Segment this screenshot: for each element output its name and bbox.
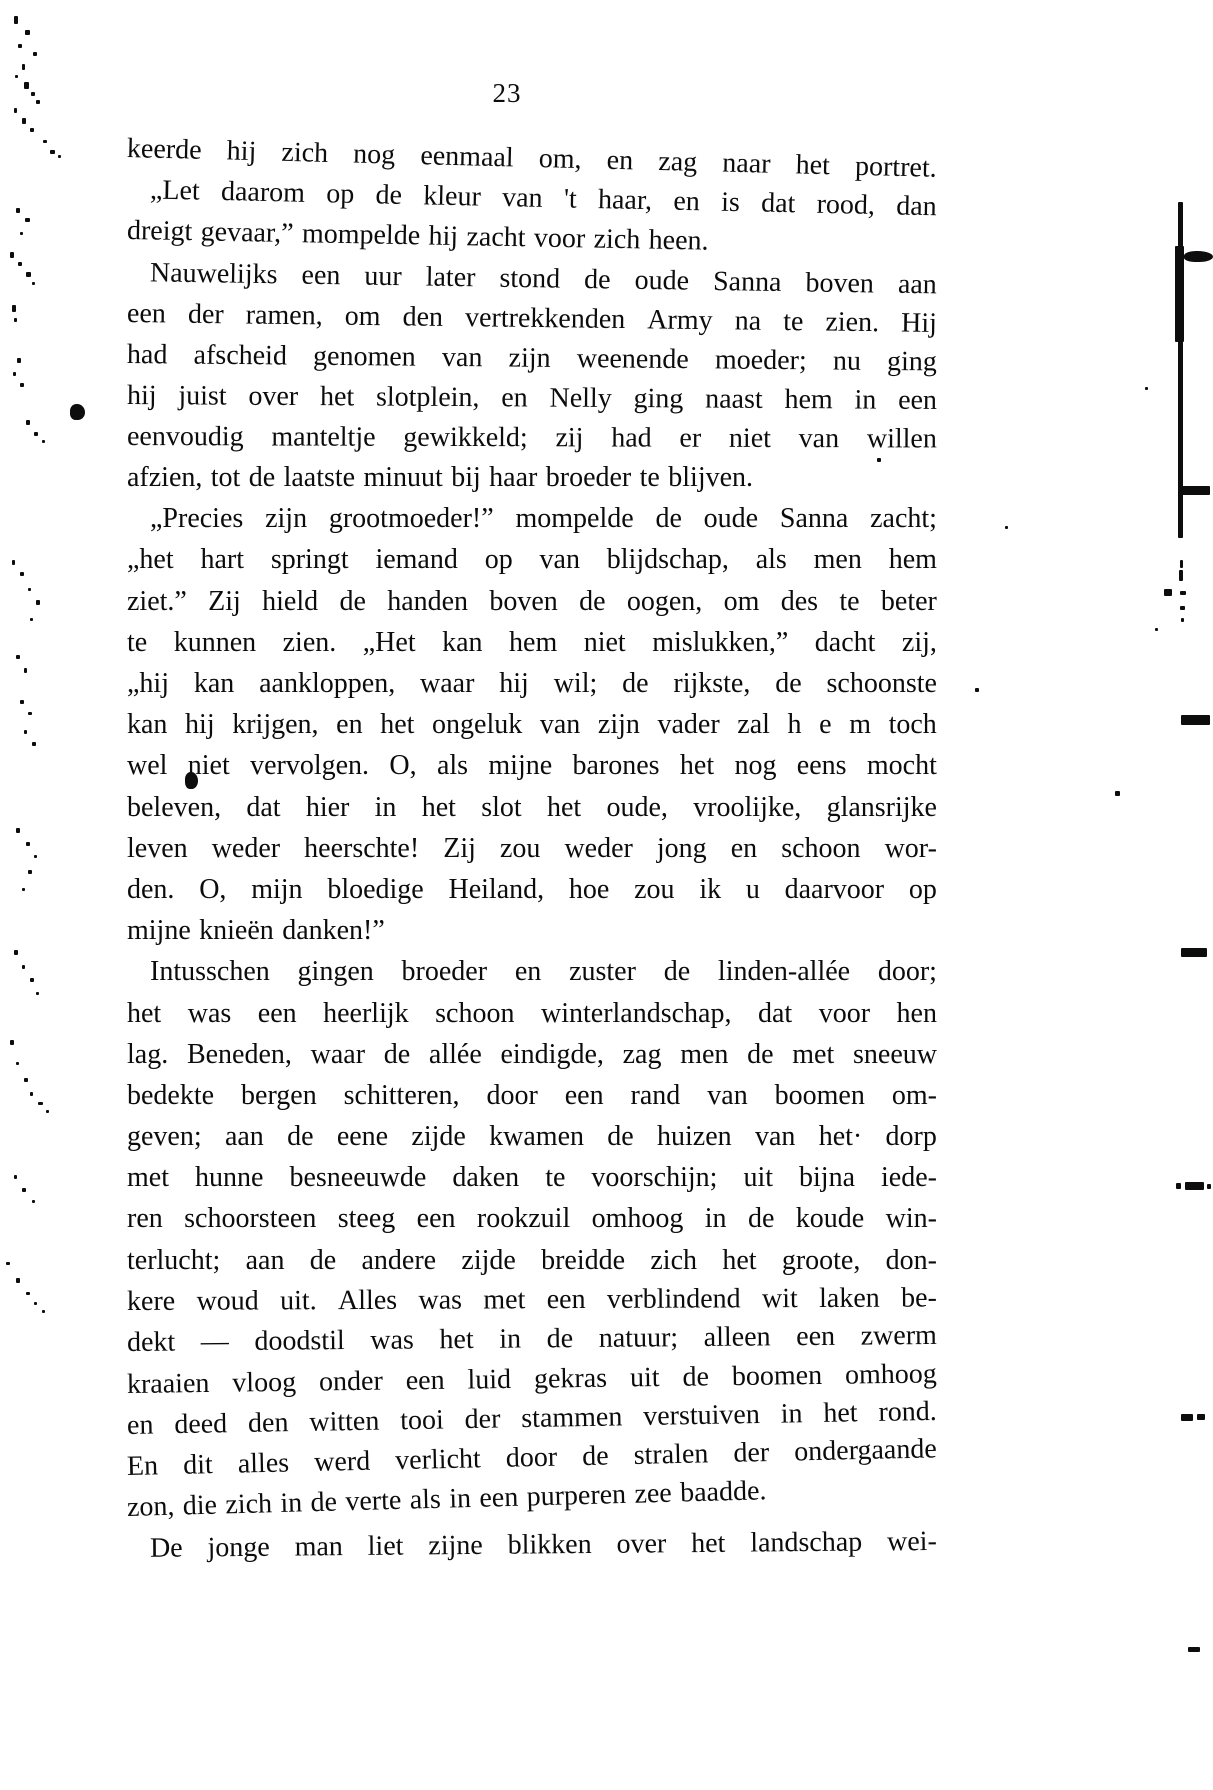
- word: u: [746, 874, 760, 906]
- text-line: beleven,dathierinhetslothetoude,vroolijk…: [127, 787, 937, 828]
- word: in: [375, 792, 397, 824]
- ink-mark: [24, 82, 29, 89]
- word: jonge: [207, 1532, 269, 1565]
- word: winterlandschap,: [541, 998, 732, 1030]
- word: kan: [127, 709, 167, 741]
- ink-mark: [25, 30, 30, 35]
- text-line: methunnebesneeuwdedakentevoorschijn;uitb…: [127, 1158, 937, 1199]
- word: het: [439, 1324, 473, 1356]
- ink-mark: [70, 404, 85, 420]
- word: natuur;: [599, 1322, 679, 1355]
- word: knieën: [199, 915, 274, 947]
- word: schoorsteen: [184, 1203, 316, 1235]
- ink-mark: [16, 208, 20, 213]
- text-line: renschoorsteensteegeenrookzuilomhooginde…: [127, 1199, 937, 1240]
- word: springt: [271, 544, 349, 576]
- word: van: [540, 544, 580, 576]
- word: verlicht: [395, 1443, 481, 1477]
- text-line: tekunnenzien.„Hetkanhemnietmislukken,”da…: [127, 622, 937, 663]
- word: in: [280, 1487, 303, 1520]
- word: tot: [211, 462, 241, 494]
- word: aan: [225, 1121, 264, 1153]
- ink-mark: [24, 668, 27, 673]
- word: zijde: [411, 1121, 465, 1153]
- word: schitteren,: [344, 1080, 460, 1112]
- ink-mark: [10, 252, 14, 258]
- word: hunne: [195, 1162, 263, 1194]
- word: oude,: [606, 792, 667, 824]
- word: dacht: [815, 627, 876, 659]
- ink-mark: [16, 1062, 19, 1065]
- word: linden-allée: [718, 956, 850, 988]
- word: beter: [881, 586, 937, 618]
- word: bij: [451, 462, 481, 494]
- ink-mark: [26, 420, 30, 425]
- ink-mark: [34, 855, 37, 858]
- word: der: [188, 298, 224, 330]
- word: voor: [819, 998, 870, 1030]
- word: hij: [127, 380, 157, 412]
- word: zijn: [598, 709, 640, 741]
- word: een: [565, 1080, 604, 1112]
- word: in: [705, 1203, 727, 1235]
- word: het: [691, 1528, 725, 1560]
- word: het: [547, 792, 581, 824]
- word: jong: [657, 833, 707, 865]
- word: is: [721, 186, 740, 218]
- text-line: lag.Beneden,waardealléeeindigde,zagmende…: [127, 1034, 937, 1075]
- word: nog: [353, 138, 396, 171]
- word: men: [680, 1039, 728, 1071]
- text-line: welnietvervolgen.O,alsmijnebaroneshetnog…: [127, 746, 937, 787]
- word: aankloppen,: [259, 668, 395, 700]
- word: don-: [886, 1245, 937, 1277]
- word: zijn: [508, 342, 550, 374]
- word: met: [127, 1162, 169, 1194]
- ink-mark: [36, 100, 40, 104]
- word: van: [442, 341, 483, 373]
- word: was: [370, 1325, 414, 1357]
- word: over: [248, 380, 298, 412]
- word: dekt: [127, 1327, 175, 1359]
- ink-mark: [20, 572, 24, 576]
- word: sneeuw: [853, 1039, 937, 1071]
- ink-mark: [22, 118, 26, 124]
- word: van: [799, 423, 840, 455]
- ink-mark: [38, 1102, 43, 1105]
- word: waar: [420, 668, 474, 700]
- word: in: [854, 384, 876, 416]
- word: „Precies: [150, 503, 243, 535]
- ink-mark: [32, 742, 36, 746]
- word: door: [505, 1441, 557, 1474]
- ink-mark: [36, 600, 40, 605]
- word: vervolgen.: [250, 750, 369, 782]
- word: der: [733, 1437, 769, 1470]
- word: boven: [805, 267, 874, 300]
- ink-mark: [33, 52, 37, 56]
- word: zag: [658, 146, 698, 179]
- word: minuut: [363, 462, 442, 494]
- word: van: [502, 182, 543, 215]
- word: hem: [509, 627, 557, 659]
- word: kraaien: [127, 1367, 210, 1400]
- word: zacht;: [870, 503, 937, 535]
- ink-mark: [58, 155, 61, 158]
- word: de: [607, 1121, 633, 1153]
- word: mijne: [488, 750, 552, 782]
- word: met: [792, 1039, 834, 1071]
- word: en: [673, 185, 700, 218]
- word: slot: [481, 792, 521, 824]
- word: van: [755, 1121, 795, 1153]
- word: de: [682, 1361, 709, 1393]
- word: vroolijke,: [693, 792, 801, 824]
- text-line: Dejongemanlietzijneblikkenoverhetlandsch…: [127, 1521, 937, 1569]
- word: later: [425, 261, 475, 294]
- word: iede-: [881, 1162, 937, 1194]
- ink-mark: [16, 828, 20, 833]
- word: uit: [743, 1162, 773, 1194]
- word: het: [722, 1245, 756, 1277]
- word: woud: [196, 1285, 258, 1317]
- word: barones: [572, 750, 659, 782]
- ink-mark: [1181, 948, 1207, 957]
- word: door;: [878, 956, 937, 988]
- page-number: 23: [127, 78, 887, 109]
- ink-mark: [1175, 246, 1184, 342]
- word: op: [485, 544, 513, 576]
- word: haar,: [598, 184, 653, 217]
- word: de: [310, 1245, 336, 1277]
- word: liet: [368, 1531, 404, 1563]
- word: rijkste,: [673, 668, 750, 700]
- word: de: [747, 1039, 773, 1071]
- word: andere: [361, 1245, 436, 1277]
- ink-mark: [1145, 387, 1148, 390]
- word: den: [402, 301, 443, 333]
- word: hem: [784, 384, 832, 416]
- word: rookzuil: [477, 1203, 570, 1235]
- word: er: [679, 423, 701, 455]
- word: heerschte!: [304, 833, 419, 865]
- word: gekras: [534, 1362, 607, 1395]
- word: stond: [499, 262, 560, 295]
- word: omhoog: [845, 1358, 937, 1391]
- ink-mark: [31, 92, 35, 96]
- word: de: [622, 668, 648, 700]
- word: op: [909, 874, 937, 906]
- word: de: [655, 503, 681, 535]
- word: uit.: [280, 1285, 317, 1317]
- word: van: [540, 709, 580, 741]
- word: Heiland,: [449, 874, 545, 906]
- word: zijne: [428, 1530, 483, 1562]
- word: blijdschap,: [607, 544, 729, 576]
- word: uur: [364, 260, 402, 293]
- ink-mark: [26, 272, 31, 277]
- word: lag.: [127, 1039, 168, 1071]
- word: men: [814, 544, 862, 576]
- text-line: hijjuistoverhetslotplein,enNellygingnaas…: [127, 375, 937, 421]
- ink-mark: [1181, 715, 1210, 725]
- word: een: [547, 1284, 586, 1316]
- word: blikken: [508, 1529, 592, 1562]
- word: als: [756, 544, 787, 576]
- word: het: [680, 750, 714, 782]
- word: uit: [630, 1361, 660, 1393]
- word: eens: [797, 750, 847, 782]
- ink-mark: [28, 870, 32, 874]
- word: heerlijk: [323, 998, 409, 1030]
- ink-mark: [22, 64, 25, 70]
- word: verte: [345, 1485, 402, 1518]
- word: dan: [896, 190, 937, 223]
- word: verstuiven: [643, 1398, 760, 1432]
- word: te: [640, 462, 660, 494]
- word: ging: [887, 345, 937, 377]
- word: En: [127, 1450, 159, 1483]
- word: „hij: [127, 668, 169, 700]
- ink-mark: [6, 1262, 10, 1265]
- word: zee: [634, 1478, 672, 1511]
- word: zag: [623, 1039, 662, 1071]
- word: allée: [429, 1039, 482, 1071]
- word: hart: [200, 544, 244, 576]
- word: de: [384, 1039, 410, 1071]
- ink-mark: [14, 1175, 17, 1179]
- word: was: [188, 998, 232, 1030]
- word: groote,: [782, 1245, 861, 1277]
- word: keerde: [127, 133, 202, 167]
- ink-mark: [1180, 560, 1183, 568]
- word: de: [584, 263, 611, 295]
- word: leven: [127, 833, 188, 865]
- word: rand: [631, 1080, 681, 1112]
- word: tooi: [400, 1404, 444, 1437]
- word: een: [258, 998, 297, 1030]
- word: wit: [762, 1283, 798, 1315]
- word: aan: [898, 268, 937, 301]
- ink-mark: [975, 688, 979, 692]
- text-line: afzien,totdelaatsteminuutbijhaarbroedert…: [127, 458, 937, 499]
- word: met: [483, 1284, 525, 1316]
- word: niet: [584, 627, 626, 659]
- word: had: [127, 339, 168, 371]
- word: hield: [262, 586, 318, 618]
- word: het: [422, 792, 456, 824]
- word: de: [664, 956, 690, 988]
- word: mijne: [127, 915, 191, 947]
- word: Alles: [338, 1285, 397, 1317]
- word: de: [775, 668, 801, 700]
- word: landschap: [750, 1527, 862, 1560]
- ink-mark: [22, 1188, 26, 1192]
- word: zich: [650, 1245, 697, 1277]
- ink-mark: [14, 950, 18, 955]
- ink-mark: [25, 218, 30, 222]
- word: eenmaal: [420, 140, 514, 174]
- word: juist: [178, 380, 226, 412]
- word: zou: [634, 874, 674, 906]
- word: breidde: [541, 1245, 625, 1277]
- word: zon,: [127, 1491, 175, 1524]
- ink-mark: [26, 842, 30, 846]
- word: mocht: [867, 750, 937, 782]
- word: gewikkeld;: [403, 422, 528, 454]
- word: omhoog: [592, 1203, 684, 1235]
- word: het: [823, 1397, 858, 1430]
- ink-mark: [46, 1110, 49, 1113]
- word: Intusschen: [150, 956, 270, 988]
- word: om: [345, 300, 381, 332]
- word: verblindend: [607, 1283, 741, 1316]
- word: dat: [246, 792, 280, 824]
- ink-mark: [1180, 606, 1185, 610]
- ink-mark: [1182, 486, 1210, 495]
- word: afscheid: [193, 339, 287, 372]
- word: Zij: [208, 586, 241, 618]
- word: win-: [886, 1203, 937, 1235]
- word: en: [127, 1409, 154, 1441]
- ink-mark: [13, 372, 16, 376]
- text-line: „hethartspringtiemandopvanblijdschap,als…: [127, 540, 937, 581]
- ink-mark: [28, 588, 31, 591]
- word: ging: [633, 383, 683, 415]
- ink-mark: [30, 978, 34, 982]
- word: dat: [761, 187, 796, 220]
- word: hij: [428, 220, 458, 253]
- word: vader: [658, 709, 720, 741]
- word: den.: [127, 874, 174, 906]
- ink-mark: [1164, 589, 1172, 596]
- word: het: [795, 149, 830, 182]
- word: een: [417, 1203, 456, 1235]
- word: mislukken,”: [652, 627, 788, 659]
- word: kunnen: [174, 627, 256, 659]
- word: zijn: [265, 503, 307, 535]
- word: weenende: [577, 343, 689, 376]
- word: naar: [722, 147, 771, 180]
- ink-mark: [16, 655, 20, 659]
- word: een: [127, 297, 166, 329]
- word: genomen: [313, 340, 416, 373]
- text-line: terlucht;aandeanderezijdebreiddezichhetg…: [127, 1240, 937, 1281]
- word: portret.: [855, 150, 937, 184]
- word: een: [301, 259, 340, 292]
- word: man: [294, 1531, 342, 1563]
- word: te: [839, 586, 859, 618]
- text-line: „hijkanaankloppen,waarhijwil;derijkste,d…: [127, 663, 937, 704]
- word: steeg: [338, 1203, 396, 1235]
- word: de: [748, 1203, 774, 1235]
- word: Army: [647, 304, 713, 337]
- word: moeder;: [715, 344, 807, 377]
- word: dat: [758, 998, 792, 1030]
- ink-mark: [34, 1302, 37, 1305]
- word: de: [579, 586, 605, 618]
- word: in: [499, 1324, 521, 1356]
- word: weder: [212, 833, 280, 865]
- word: daarom: [221, 176, 306, 210]
- ink-mark: [30, 128, 34, 132]
- word: het·: [819, 1121, 863, 1153]
- word: de: [287, 1121, 313, 1153]
- ink-mark: [22, 888, 25, 891]
- word: „het: [127, 544, 174, 576]
- word: alleen: [704, 1321, 771, 1354]
- word: zij: [555, 422, 583, 454]
- word: wei-: [887, 1526, 937, 1558]
- word: bloedige: [327, 874, 423, 906]
- word: haar: [489, 462, 537, 494]
- word: zich: [225, 1488, 272, 1521]
- word: te: [545, 1162, 565, 1194]
- word: ramen,: [246, 299, 323, 332]
- text-line: kanhijkrijgen,enhetongelukvanzijnvaderza…: [127, 705, 937, 746]
- word: niet: [188, 750, 230, 782]
- word: op: [326, 178, 355, 211]
- ink-mark: [42, 1310, 45, 1313]
- word: terlucht;: [127, 1245, 220, 1277]
- ink-mark: [24, 1078, 28, 1082]
- ink-mark: [28, 712, 32, 715]
- word: nu: [833, 345, 861, 377]
- word: schoon: [435, 998, 514, 1030]
- word: Sanna: [713, 265, 782, 298]
- word: hen: [897, 998, 937, 1030]
- word: witten: [309, 1405, 380, 1438]
- word: het: [320, 381, 354, 413]
- word: te: [127, 627, 147, 659]
- word: hem: [889, 544, 937, 576]
- word: als: [409, 1484, 441, 1517]
- word: dorp: [886, 1121, 937, 1153]
- word: waar: [311, 1039, 365, 1071]
- word: het: [380, 709, 414, 741]
- word: doodstil: [254, 1325, 345, 1358]
- word: door: [486, 1080, 537, 1112]
- word: handen: [387, 586, 468, 618]
- word: bijna: [799, 1162, 855, 1194]
- word: laatste: [284, 462, 356, 494]
- word: eenvoudig: [127, 421, 244, 453]
- ink-mark: [15, 75, 18, 78]
- ink-mark: [14, 108, 17, 113]
- word: purperen: [526, 1479, 626, 1514]
- word: de: [375, 179, 402, 212]
- word: weder: [564, 833, 632, 865]
- word: Zij: [443, 833, 476, 865]
- word: vloog: [232, 1366, 296, 1399]
- word: be-: [901, 1282, 937, 1314]
- word: een: [898, 384, 937, 416]
- word: „Let: [150, 174, 200, 207]
- word: zij,: [902, 627, 937, 659]
- word: heen.: [648, 225, 708, 258]
- ink-mark: [1178, 202, 1183, 538]
- word: e: [819, 709, 831, 741]
- word: boven: [489, 586, 557, 618]
- text-line: levenwederheerschte!Zijzouwederjongensch…: [127, 828, 937, 869]
- word: alles: [237, 1447, 289, 1480]
- word: daken: [452, 1162, 519, 1194]
- word: had: [611, 422, 652, 454]
- word: boomen: [732, 1359, 823, 1392]
- word: zou: [500, 833, 540, 865]
- word: zal: [737, 709, 770, 741]
- word: en: [336, 709, 362, 741]
